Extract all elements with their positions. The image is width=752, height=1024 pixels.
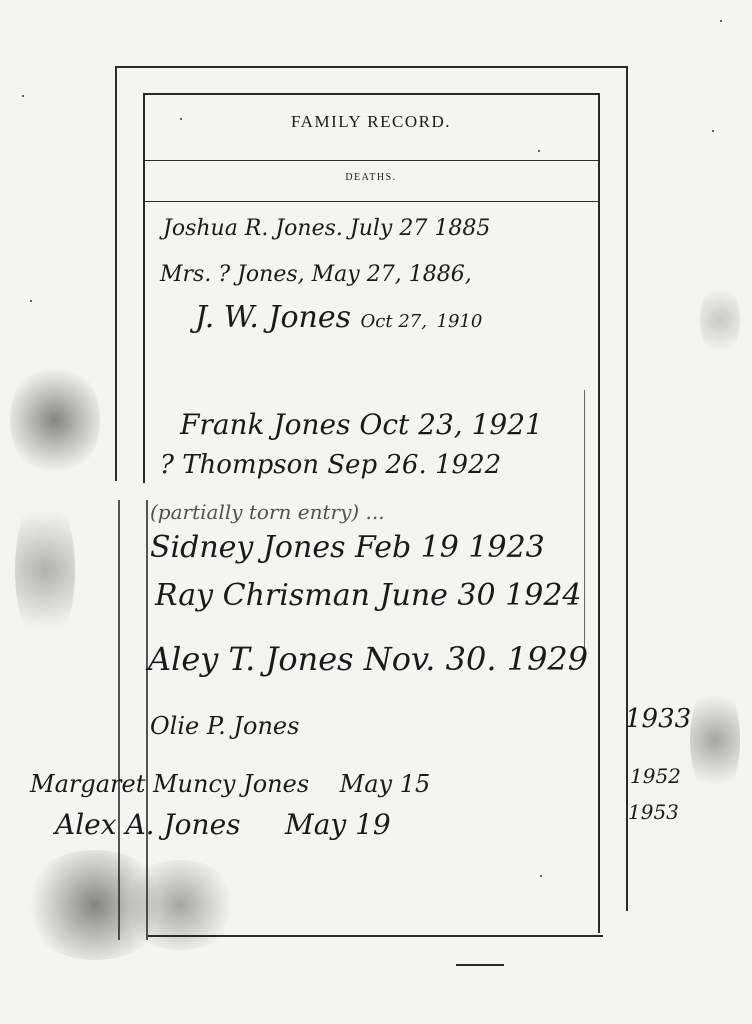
- entry-name: Olie P. Jones: [150, 712, 299, 740]
- section-heading: DEATHS.: [143, 172, 599, 183]
- entry-name: Margaret Muncy Jones: [30, 770, 309, 798]
- scan-smudge: [690, 680, 740, 800]
- entry-name: Mrs. ? Jones,: [160, 262, 305, 287]
- outer-frame-left: [115, 66, 117, 481]
- entry-date: May 15: [340, 770, 431, 798]
- inner-frame-left: [143, 93, 145, 483]
- entry-name: Frank Jones: [180, 408, 350, 441]
- entry-name: Ray Chrisman: [155, 578, 370, 613]
- entry-date: June 30: [379, 578, 495, 613]
- death-entry: Joshua R. Jones. July 27 1885: [163, 216, 490, 241]
- death-entry: Sidney Jones Feb 19 1923: [150, 530, 545, 565]
- death-entry: Margaret Muncy Jones May 15: [30, 770, 430, 798]
- entry-date: May 19: [285, 808, 391, 841]
- entry-name: Joshua R. Jones.: [163, 216, 343, 241]
- entry-name: ? Thompson: [160, 450, 319, 480]
- entry-date: May 27,: [312, 262, 402, 287]
- entry-date: Sep 26.: [327, 450, 426, 480]
- death-entry: Frank Jones Oct 23, 1921: [180, 408, 543, 441]
- stray-mark: [456, 964, 504, 966]
- outer-frame-right: [626, 66, 628, 911]
- death-entry: Ray Chrisman June 30 1924: [155, 578, 582, 613]
- scan-speck: [720, 20, 722, 22]
- entry-year: 1929: [507, 640, 588, 678]
- entry-year: 1910: [437, 311, 483, 332]
- entry-year: 1885: [434, 216, 490, 241]
- entry-date: Feb 19: [355, 530, 459, 565]
- section-divider: [143, 201, 599, 202]
- entry-year: 1953: [628, 800, 679, 824]
- outer-frame-top: [115, 66, 627, 68]
- entry-year: 1921: [472, 408, 543, 441]
- entry-date: July 27: [350, 216, 427, 241]
- scan-smudge: [15, 490, 75, 650]
- inner-frame-top: [143, 93, 599, 95]
- entry-date: Oct 27,: [361, 311, 427, 332]
- scan-speck: [712, 130, 714, 132]
- scan-speck: [180, 118, 182, 120]
- death-entry: Aley T. Jones Nov. 30. 1929: [148, 640, 588, 678]
- entry-year: 1886,: [409, 262, 472, 287]
- inner-frame-bottom: [148, 935, 603, 937]
- entry-year: 1952: [630, 764, 681, 788]
- entry-date: Oct 23,: [359, 408, 462, 441]
- entry-name: (partially torn entry) ...: [150, 500, 385, 524]
- entry-name: J. W. Jones: [195, 300, 351, 335]
- title-divider: [143, 160, 599, 161]
- inner-frame-right: [598, 93, 600, 933]
- death-entry: Alex A. Jones May 19: [55, 808, 391, 841]
- lower-frame-left-outer: [118, 500, 120, 940]
- entry-name: Aley T. Jones: [148, 640, 354, 678]
- entry-date: Nov. 30.: [364, 640, 497, 678]
- scan-smudge: [10, 360, 100, 480]
- death-entry: J. W. Jones Oct 27, 1910: [195, 300, 482, 335]
- death-entry: Olie P. Jones: [150, 712, 299, 740]
- lower-frame-left-inner: [146, 500, 148, 940]
- scan-speck: [22, 95, 24, 97]
- scan-smudge: [700, 280, 740, 360]
- entry-year: 1922: [435, 450, 501, 480]
- death-entry-torn: (partially torn entry) ...: [150, 500, 385, 524]
- page-title: FAMILY RECORD.: [143, 112, 599, 132]
- entry-year: 1923: [468, 530, 544, 565]
- scan-speck: [540, 875, 542, 877]
- year-column-divider: [584, 390, 585, 660]
- death-entry: ? Thompson Sep 26. 1922: [160, 450, 501, 480]
- entry-year: 1924: [505, 578, 581, 613]
- entry-year: 1933: [625, 704, 691, 734]
- entry-name: Sidney Jones: [150, 530, 345, 565]
- scan-speck: [538, 150, 540, 152]
- scan-speck: [30, 300, 32, 302]
- scan-smudge: [120, 860, 240, 950]
- death-entry: Mrs. ? Jones, May 27, 1886,: [160, 262, 472, 287]
- entry-name: Alex A. Jones: [55, 808, 241, 841]
